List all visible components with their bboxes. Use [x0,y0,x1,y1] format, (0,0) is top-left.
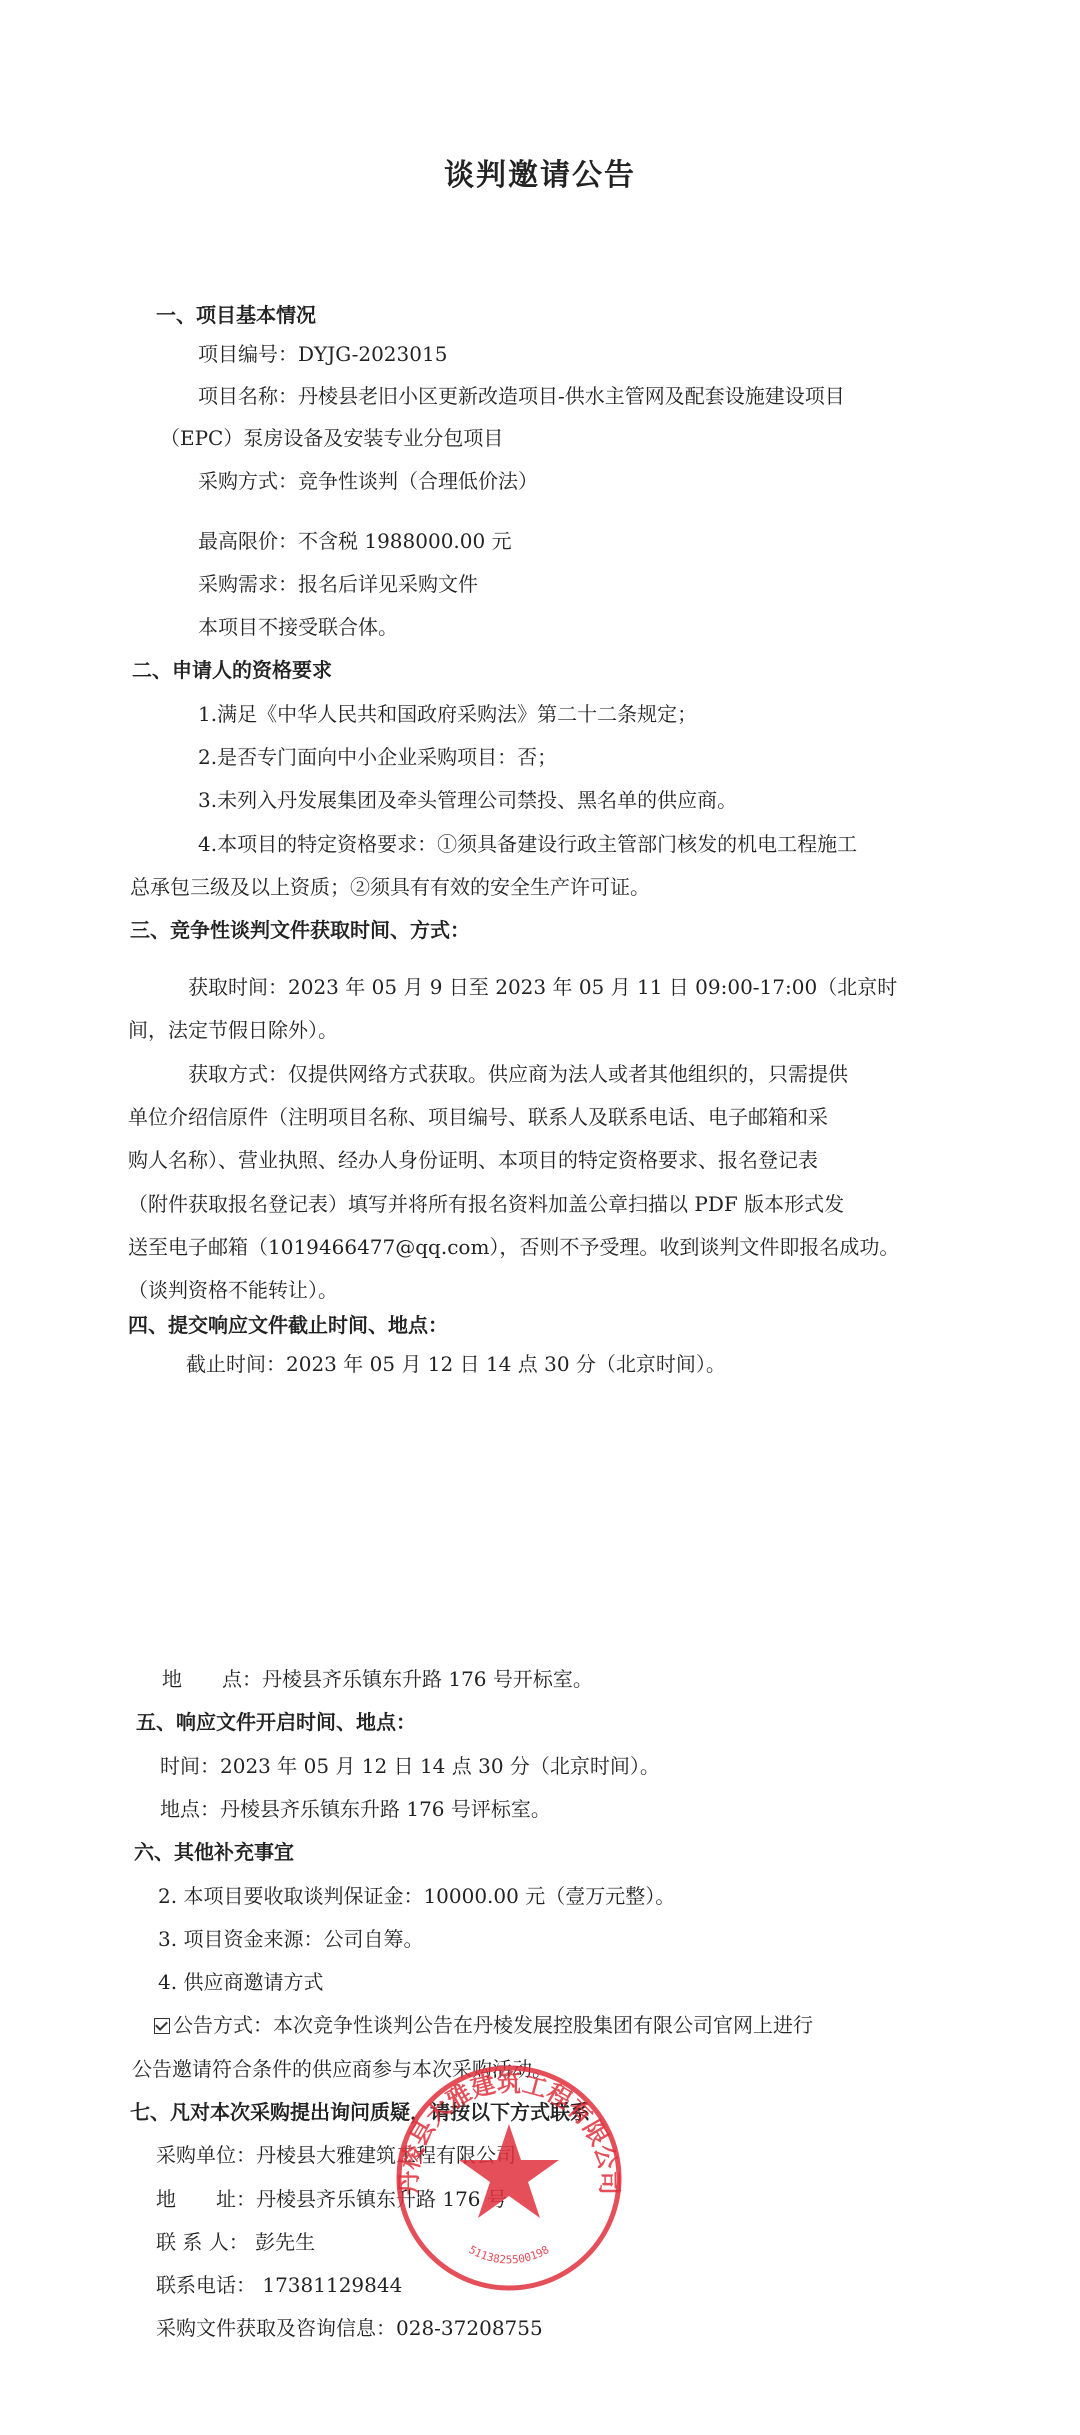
qualification-2: 2.是否专门面向中小企业采购项目：否； [198,745,557,769]
no-consortium: 本项目不接受联合体。 [198,615,398,639]
procurement-requirement: 采购需求：报名后详见采购文件 [198,572,478,596]
acquisition-time: 获取时间：2023 年 05 月 9 日至 2023 年 05 月 11 日 0… [188,975,897,999]
section-heading-1: 一、项目基本情况 [156,303,316,327]
deposit: 2. 本项目要收取谈判保证金：10000.00 元（壹万元整）。 [158,1884,675,1908]
submission-location: 地 点：丹棱县齐乐镇东升路 176 号开标室。 [162,1667,593,1691]
announcement-method: 公告方式：本次竞争性谈判公告在丹棱发展控股集团有限公司官网上进行 [154,2013,813,2037]
page-title: 谈判邀请公告 [0,150,1080,194]
section-heading-4: 四、提交响应文件截止时间、地点： [128,1313,448,1337]
project-name: 项目名称：丹棱县老旧小区更新改造项目-供水主管网及配套设施建设项目 [198,384,845,408]
acquisition-method-cont-1: 单位介绍信原件（注明项目名称、项目编号、联系人及联系电话、电子邮箱和采 [128,1105,828,1129]
qualification-3: 3.未列入丹发展集团及牵头管理公司禁投、黑名单的供应商。 [198,788,737,812]
invitation-method: 4. 供应商邀请方式 [158,1970,323,1994]
section-heading-2: 二、申请人的资格要求 [132,658,332,682]
procurement-method: 采购方式：竞争性谈判（合理低价法） [198,469,538,493]
qualification-4-cont: 总承包三级及以上资质；②须具有有效的安全生产许可证。 [130,875,650,899]
acquisition-method-cont-3: （附件获取报名登记表）填写并将所有报名资料加盖公章扫描以 PDF 版本形式发 [128,1192,844,1216]
acquisition-method-cont-4: 送至电子邮箱（1019466477@qq.com），否则不予受理。收到谈判文件即… [128,1235,899,1259]
address: 地 址：丹棱县齐乐镇东升路 176 号 [156,2187,507,2211]
checked-checkbox-icon [154,2018,170,2034]
acquisition-method-cont-2: 购人名称）、营业执照、经办人身份证明、本项目的特定资格要求、报名登记表 [128,1148,818,1172]
consultation-info: 采购文件获取及咨询信息：028-37208755 [156,2316,543,2340]
submission-deadline: 截止时间：2023 年 05 月 12 日 14 点 30 分（北京时间）。 [186,1352,726,1376]
svg-text:5113825500198: 5113825500198 [467,2243,552,2266]
acquisition-method-cont-5: （谈判资格不能转让）。 [128,1278,338,1302]
qualification-4: 4.本项目的特定资格要求：①须具备建设行政主管部门核发的机电工程施工 [198,832,857,856]
section-heading-5: 五、响应文件开启时间、地点： [136,1710,416,1734]
contact-phone: 联系电话： 17381129844 [156,2273,402,2297]
company-seal-icon: 丹棱县大雅建筑工程有限公司 5113825500198 [393,2062,625,2294]
section-heading-3: 三、竞争性谈判文件获取时间、方式： [130,918,470,942]
announcement-method-cont: 公告邀请符合条件的供应商参与本次采购活动。 [132,2057,552,2081]
section-heading-7: 七、凡对本次采购提出询问质疑，请按以下方式联系 [130,2100,590,2124]
acquisition-time-cont: 间，法定节假日除外）。 [128,1018,338,1042]
project-name-cont: （EPC）泵房设备及安装专业分包项目 [160,426,503,450]
section-heading-6: 六、其他补充事宜 [134,1840,294,1864]
project-number: 项目编号：DYJG-2023015 [198,342,447,366]
opening-time: 时间：2023 年 05 月 12 日 14 点 30 分（北京时间）。 [160,1754,660,1778]
opening-location: 地点：丹棱县齐乐镇东升路 176 号评标室。 [160,1797,551,1821]
acquisition-method: 获取方式：仅提供网络方式获取。供应商为法人或者其他组织的，只需提供 [188,1062,848,1086]
document-page: 谈判邀请公告 一、项目基本情况 项目编号：DYJG-2023015 项目名称：丹… [0,0,1080,2435]
funding-source: 3. 项目资金来源：公司自筹。 [158,1927,423,1951]
announcement-method-text: 公告方式：本次竞争性谈判公告在丹棱发展控股集团有限公司官网上进行 [173,2013,813,2037]
contact-person: 联 系 人： 彭先生 [156,2230,315,2254]
svg-text:丹棱县大雅建筑工程有限公司: 丹棱县大雅建筑工程有限公司 [394,2068,624,2195]
purchaser: 采购单位：丹棱县大雅建筑工程有限公司 [156,2143,516,2167]
qualification-1: 1.满足《中华人民共和国政府采购法》第二十二条规定； [198,702,697,726]
max-price: 最高限价：不含税 1988000.00 元 [198,529,512,553]
